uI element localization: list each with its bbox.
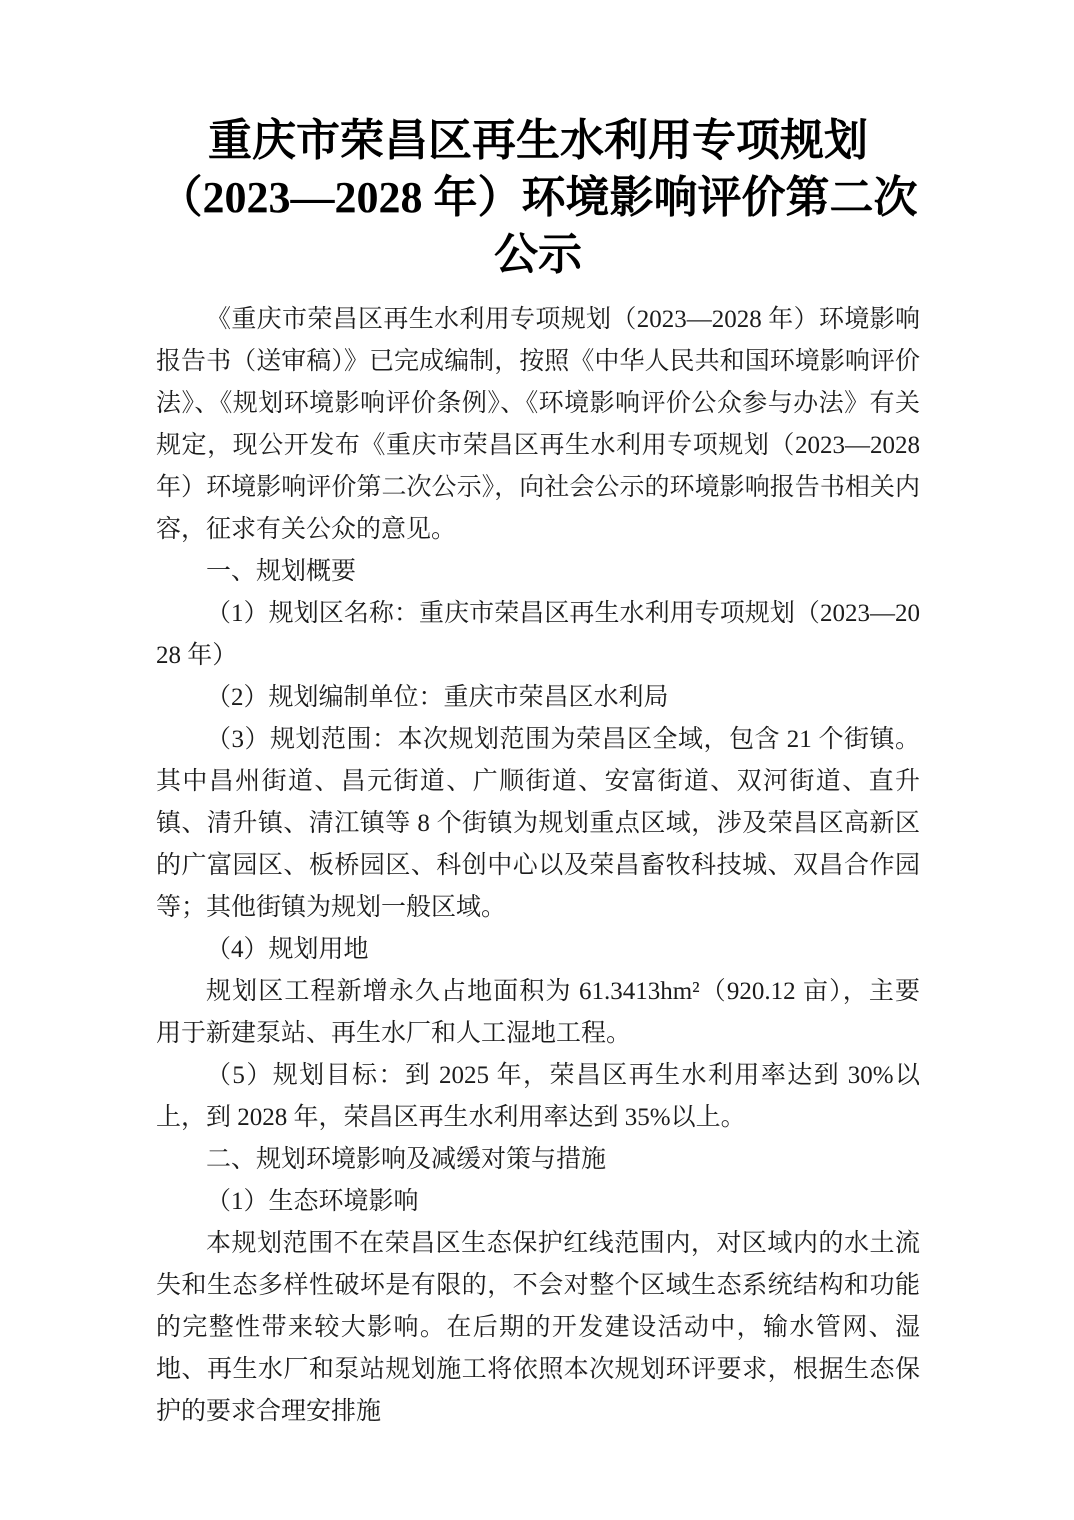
paragraph: 本规划范围不在荣昌区生态保护红线范围内，对区域内的水土流失和生态多样性破坏是有限… xyxy=(156,1223,920,1433)
title-line-3: 公示 xyxy=(156,226,920,283)
paragraph: （2）规划编制单位：重庆市荣昌区水利局 xyxy=(156,677,920,719)
document-title: 重庆市荣昌区再生水利用专项规划 （2023—2028 年）环境影响评价第二次 公… xyxy=(156,112,920,283)
paragraph: （5）规划目标：到 2025 年，荣昌区再生水利用率达到 30%以上，到 202… xyxy=(156,1055,920,1139)
paragraph: （4）规划用地 xyxy=(156,929,920,971)
paragraph: （1）规划区名称：重庆市荣昌区再生水利用专项规划（2023—2028 年） xyxy=(156,593,920,677)
paragraph: 二、规划环境影响及减缓对策与措施 xyxy=(156,1139,920,1181)
paragraph: 规划区工程新增永久占地面积为 61.3413hm²（920.12 亩），主要用于… xyxy=(156,971,920,1055)
paragraph: （3）规划范围：本次规划范围为荣昌区全域，包含 21 个街镇。其中昌州街道、昌元… xyxy=(156,719,920,929)
paragraph: 一、规划概要 xyxy=(156,551,920,593)
document-body: 《重庆市荣昌区再生水利用专项规划（2023—2028 年）环境影响报告书（送审稿… xyxy=(156,299,920,1433)
title-line-2: （2023—2028 年）环境影响评价第二次 xyxy=(156,169,920,226)
paragraph: 《重庆市荣昌区再生水利用专项规划（2023—2028 年）环境影响报告书（送审稿… xyxy=(156,299,920,551)
title-line-1: 重庆市荣昌区再生水利用专项规划 xyxy=(156,112,920,169)
document-page: 重庆市荣昌区再生水利用专项规划 （2023—2028 年）环境影响评价第二次 公… xyxy=(0,0,1074,1520)
paragraph: （1）生态环境影响 xyxy=(156,1181,920,1223)
